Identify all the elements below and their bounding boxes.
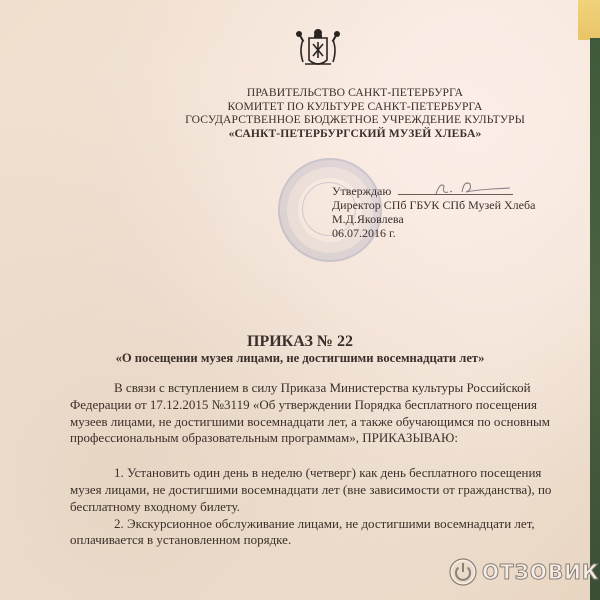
order-item-2: 2. Экскурсионное обслуживание лицами, не… xyxy=(70,516,570,550)
order-subtitle: «О посещении музея лицами, не достигшими… xyxy=(0,351,600,366)
approval-block: Утверждаю Директор СПб ГБУК СПб Музей Хл… xyxy=(332,184,535,240)
power-icon xyxy=(448,557,478,587)
institution-header: ПРАВИТЕЛЬСТВО САНКТ-ПЕТЕРБУРГА КОМИТЕТ П… xyxy=(180,86,530,140)
order-title: ПРИКАЗ № 22 xyxy=(0,333,600,351)
background-edge-yellow xyxy=(578,0,600,40)
order-preamble: В связи с вступлением в силу Приказа Мин… xyxy=(70,380,570,447)
approval-position: Директор СПб ГБУК СПб Музей Хлеба xyxy=(332,198,535,212)
approval-label: Утверждаю xyxy=(332,184,535,198)
background-edge-green xyxy=(590,38,600,600)
order-item-1: 1. Установить один день в неделю (четвер… xyxy=(70,465,570,515)
approval-date: 06.07.2016 г. xyxy=(332,226,535,240)
approval-name: М.Д.Яковлева xyxy=(332,212,535,226)
otzovik-watermark: ОТЗОВИК xyxy=(448,555,599,589)
header-institution-name: «САНКТ-ПЕТЕРБУРГСКИЙ МУЗЕЙ ХЛЕБА» xyxy=(180,127,530,141)
header-line-committee: КОМИТЕТ ПО КУЛЬТУРЕ САНКТ-ПЕТЕРБУРГА xyxy=(180,100,530,114)
header-line-institution-type: ГОСУДАРСТВЕННОЕ БЮДЖЕТНОЕ УЧРЕЖДЕНИЕ КУЛ… xyxy=(180,113,530,127)
header-line-government: ПРАВИТЕЛЬСТВО САНКТ-ПЕТЕРБУРГА xyxy=(180,86,530,100)
coat-of-arms-icon xyxy=(289,26,347,74)
watermark-text: ОТЗОВИК xyxy=(482,560,599,584)
order-body: В связи с вступлением в силу Приказа Мин… xyxy=(70,380,570,549)
